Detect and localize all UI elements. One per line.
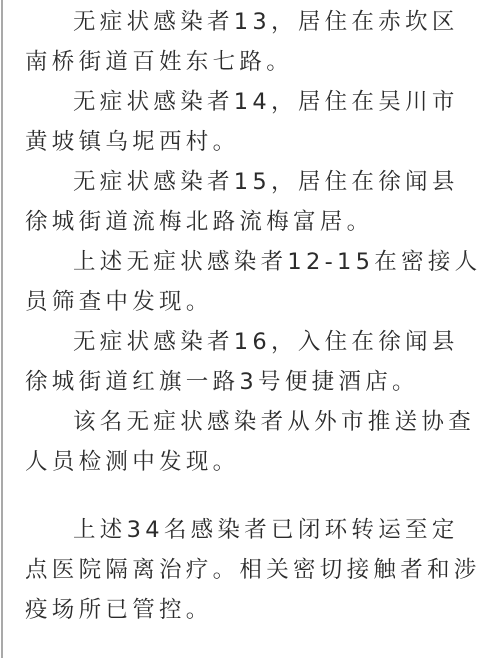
paragraph-line: 员检测中发现。	[52, 449, 240, 475]
paragraph-line: 街道百姓东七路。	[79, 49, 293, 75]
paragraph-line: 已管控。	[105, 597, 212, 623]
paragraph-case-16: 无症状感染者16，入住在徐闻县徐城街道红旗一路3号便捷酒店。	[25, 322, 485, 402]
paragraph-cases-12-15-summary: 上述无症状感染者12-15在密接人员筛查中发现。	[25, 242, 485, 322]
paragraph-line: 院隔离治疗。相关密切接触者和涉疫场所	[25, 557, 481, 623]
paragraph-case-13: 无症状感染者13，居住在赤坎区南桥街道百姓东七路。	[25, 2, 485, 82]
paragraph-case-14: 无症状感染者14，居住在吴川市黄坡镇乌坭西村。	[25, 82, 485, 162]
paragraph-case-16-source: 该名无症状感染者从外市推送协查人员检测中发现。	[25, 402, 485, 482]
paragraph-line: 筛查中发现。	[52, 289, 213, 315]
paragraph-conclusion: 上述34名感染者已闭环转运至定点医院隔离治疗。相关密切接触者和涉疫场所已管控。	[25, 510, 485, 630]
paragraph-line: 街道流梅北路流梅富居。	[79, 209, 374, 235]
paragraph-line: 街道红旗一路3号便捷酒店。	[79, 369, 419, 395]
paragraph-case-15: 无症状感染者15，居住在徐闻县徐城街道流梅北路流梅富居。	[25, 162, 485, 242]
paragraph-line: 镇乌坭西村。	[79, 129, 240, 155]
left-border-rule	[1, 0, 3, 658]
